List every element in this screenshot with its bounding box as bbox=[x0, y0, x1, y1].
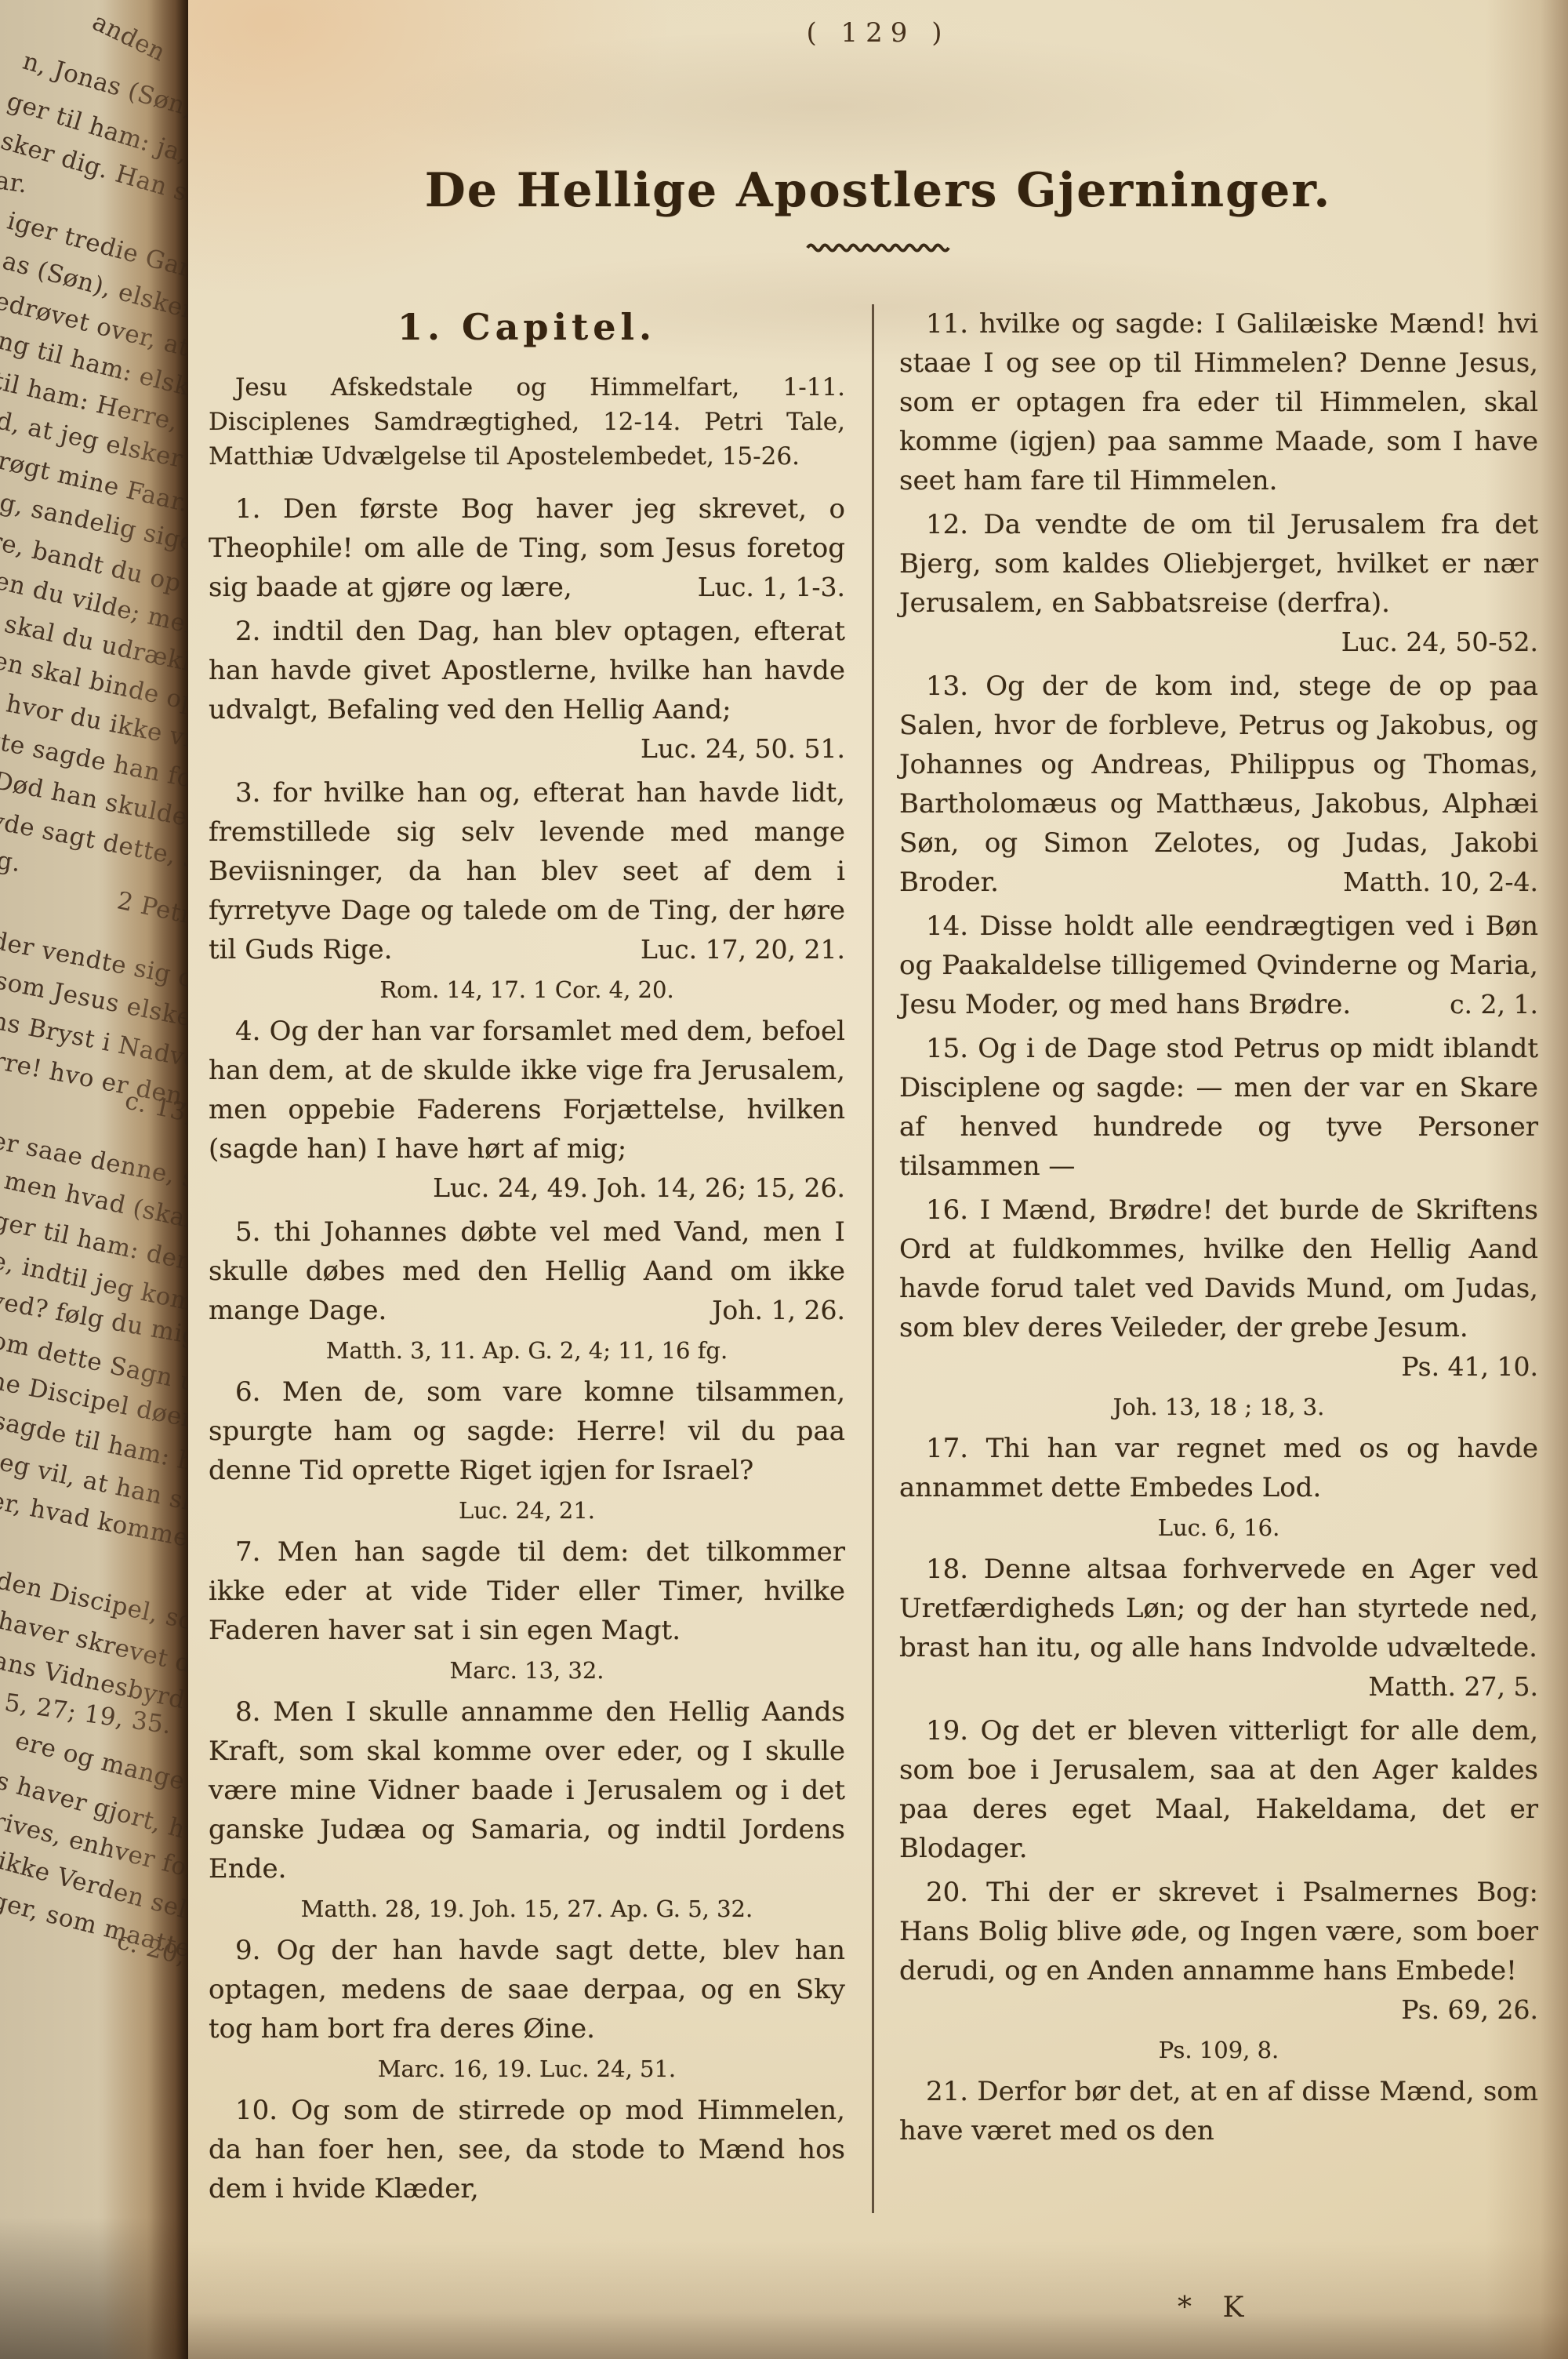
reference-text: Marc. 16, 19. Luc. 24, 51. bbox=[378, 2055, 676, 2082]
scripture-reference: Ps. 69, 26. bbox=[1401, 1990, 1538, 2030]
verse-text: 7. Men han sagde til dem: det tilkommer … bbox=[209, 1536, 845, 1646]
verse-paragraph: 21. Derfor bør det, at en af disse Mænd,… bbox=[899, 2072, 1538, 2150]
verse-paragraph: 6. Men de, som vare komne tilsammen, spu… bbox=[209, 1372, 845, 1490]
verse-paragraph: 1. Den første Bog haver jeg skrevet, o T… bbox=[209, 489, 845, 607]
verse-paragraph: 10. Og som de stirrede op mod Himmelen, … bbox=[209, 2091, 845, 2208]
left-column-verses: 1. Den første Bog haver jeg skrevet, o T… bbox=[209, 489, 845, 2208]
verse-text: 15. Og i de Dage stod Petrus op midt ibl… bbox=[899, 1033, 1538, 1182]
cross-reference-line: Marc. 13, 32. bbox=[209, 1655, 845, 1686]
title-divider bbox=[804, 242, 953, 253]
cross-reference-line: Rom. 14, 17. 1 Cor. 4, 20. bbox=[209, 974, 845, 1005]
verse-text: 20. Thi der er skrevet i Psalmernes Bog:… bbox=[899, 1877, 1538, 1986]
reference-text: Matth. 28, 19. Joh. 15, 27. Ap. G. 5, 32… bbox=[301, 1896, 753, 1922]
scripture-reference: Matth. 10, 2-4. bbox=[1343, 863, 1538, 902]
verse-paragraph: 18. Denne altsaa forhvervede en Ager ved… bbox=[899, 1550, 1538, 1707]
verse-paragraph: 7. Men han sagde til dem: det tilkommer … bbox=[209, 1532, 845, 1650]
scripture-reference: Luc. 17, 20, 21. bbox=[641, 930, 845, 969]
verse-text: 8. Men I skulle annamme den Hellig Aands… bbox=[209, 1696, 845, 1885]
verse-paragraph: 5. thi Johannes døbte vel med Vand, men … bbox=[209, 1212, 845, 1330]
verse-paragraph: 20. Thi der er skrevet i Psalmernes Bog:… bbox=[899, 1873, 1538, 2030]
verse-paragraph: 16. I Mænd, Brødre! det burde de Skrifte… bbox=[899, 1190, 1538, 1387]
book-page: ( 129 ) De Hellige Apostlers Gjerninger.… bbox=[188, 0, 1568, 2359]
reference-text: Matth. 3, 11. Ap. G. 2, 4; 11, 16 fg. bbox=[326, 1337, 728, 1364]
verse-text: 9. Og der han havde sagt dette, blev han… bbox=[209, 1935, 845, 2045]
scripture-reference: Matth. 27, 5. bbox=[1368, 1667, 1538, 1707]
verse-text: 10. Og som de stirrede op mod Himmelen, … bbox=[209, 2095, 845, 2205]
scripture-reference: Luc. 24, 50-52. bbox=[1341, 623, 1538, 662]
verse-text: 12. Da vendte de om til Jerusalem fra de… bbox=[899, 509, 1538, 619]
page-number: ( 129 ) bbox=[188, 0, 1568, 49]
chapter-heading: 1. Capitel. bbox=[209, 307, 845, 347]
right-column-verses: 11. hvilke og sagde: I Galilæiske Mænd! … bbox=[899, 304, 1538, 2150]
signature-mark: * K bbox=[1178, 2292, 1254, 2324]
scripture-reference: Joh. 1, 26. bbox=[712, 1291, 845, 1330]
scripture-reference: Luc. 24, 50. 51. bbox=[641, 729, 845, 769]
reference-text: Rom. 14, 17. 1 Cor. 4, 20. bbox=[379, 976, 673, 1003]
reference-text: Ps. 109, 8. bbox=[1159, 2037, 1279, 2063]
cross-reference-line: Marc. 16, 19. Luc. 24, 51. bbox=[209, 2053, 845, 2085]
verse-text: 17. Thi han var regnet med os og havde a… bbox=[899, 1433, 1538, 1503]
cross-reference-line: Luc. 6, 16. bbox=[899, 1512, 1538, 1543]
verse-text: 11. hvilke og sagde: I Galilæiske Mænd! … bbox=[899, 308, 1538, 496]
scripture-reference: c. 2, 1. bbox=[1450, 985, 1538, 1024]
scripture-reference: Luc. 1, 1-3. bbox=[698, 568, 845, 607]
page-title: De Hellige Apostlers Gjerninger. bbox=[188, 165, 1568, 216]
verse-paragraph: 2. indtil den Dag, han blev optagen, eft… bbox=[209, 612, 845, 769]
verse-text: 18. Denne altsaa forhvervede en Ager ved… bbox=[899, 1554, 1538, 1663]
left-column: 1. Capitel. Jesu Afskedstale og Himmelfa… bbox=[209, 304, 845, 2213]
prev-page-text-fragment: g. bbox=[0, 846, 23, 878]
verse-text: 6. Men de, som vare komne tilsammen, spu… bbox=[209, 1376, 845, 1486]
cross-reference-line: Joh. 13, 18 ; 18, 3. bbox=[899, 1391, 1538, 1423]
verse-text: 4. Og der han var forsamlet med dem, bef… bbox=[209, 1016, 845, 1165]
reference-text: Marc. 13, 32. bbox=[450, 1657, 604, 1684]
book-scan: andenn, Jonas (Søn),ger til ham: ja, hsk… bbox=[0, 0, 1568, 2359]
cross-reference-line: Ps. 109, 8. bbox=[899, 2034, 1538, 2066]
verse-paragraph: 3. for hvilke han og, efterat han havde … bbox=[209, 773, 845, 969]
verse-text: 19. Og det er bleven vitterligt for alle… bbox=[899, 1715, 1538, 1864]
cross-reference-line: Matth. 3, 11. Ap. G. 2, 4; 11, 16 fg. bbox=[209, 1335, 845, 1366]
verse-paragraph: 14. Disse holdt alle eendrægtigen ved i … bbox=[899, 907, 1538, 1024]
verse-text: 16. I Mænd, Brødre! det burde de Skrifte… bbox=[899, 1194, 1538, 1343]
previous-page-edge: andenn, Jonas (Søn),ger til ham: ja, hsk… bbox=[0, 0, 188, 2359]
verse-paragraph: 11. hvilke og sagde: I Galilæiske Mænd! … bbox=[899, 304, 1538, 500]
scripture-reference: Luc. 24, 49. Joh. 14, 26; 15, 26. bbox=[433, 1169, 845, 1208]
verse-text: 21. Derfor bør det, at en af disse Mænd,… bbox=[899, 2076, 1538, 2146]
verse-paragraph: 19. Og det er bleven vitterligt for alle… bbox=[899, 1711, 1538, 1868]
verse-paragraph: 9. Og der han havde sagt dette, blev han… bbox=[209, 1931, 845, 2048]
chapter-summary: Jesu Afskedstale og Himmelfart, 1-11. Di… bbox=[209, 370, 845, 474]
verse-text: 14. Disse holdt alle eendrægtigen ved i … bbox=[899, 911, 1538, 1020]
prev-page-text-fragment: anden bbox=[88, 8, 170, 67]
verse-paragraph: 17. Thi han var regnet med os og havde a… bbox=[899, 1429, 1538, 1507]
cross-reference-line: Luc. 24, 21. bbox=[209, 1495, 845, 1526]
cross-reference-line: Matth. 28, 19. Joh. 15, 27. Ap. G. 5, 32… bbox=[209, 1893, 845, 1925]
text-columns: 1. Capitel. Jesu Afskedstale og Himmelfa… bbox=[188, 304, 1568, 2213]
verse-paragraph: 13. Og der de kom ind, stege de op paa S… bbox=[899, 667, 1538, 902]
verse-text: 2. indtil den Dag, han blev optagen, eft… bbox=[209, 616, 845, 725]
right-column: 11. hvilke og sagde: I Galilæiske Mænd! … bbox=[872, 304, 1538, 2213]
scripture-reference: Ps. 41, 10. bbox=[1401, 1347, 1538, 1387]
reference-text: Luc. 6, 16. bbox=[1158, 1514, 1280, 1541]
verse-paragraph: 4. Og der han var forsamlet med dem, bef… bbox=[209, 1012, 845, 1208]
verse-paragraph: 12. Da vendte de om til Jerusalem fra de… bbox=[899, 505, 1538, 662]
verse-paragraph: 15. Og i de Dage stod Petrus op midt ibl… bbox=[899, 1029, 1538, 1186]
verse-paragraph: 8. Men I skulle annamme den Hellig Aands… bbox=[209, 1692, 845, 1888]
reference-text: Luc. 24, 21. bbox=[459, 1497, 595, 1524]
prev-page-text-fragment: ar. bbox=[0, 166, 29, 198]
reference-text: Joh. 13, 18 ; 18, 3. bbox=[1113, 1394, 1325, 1420]
